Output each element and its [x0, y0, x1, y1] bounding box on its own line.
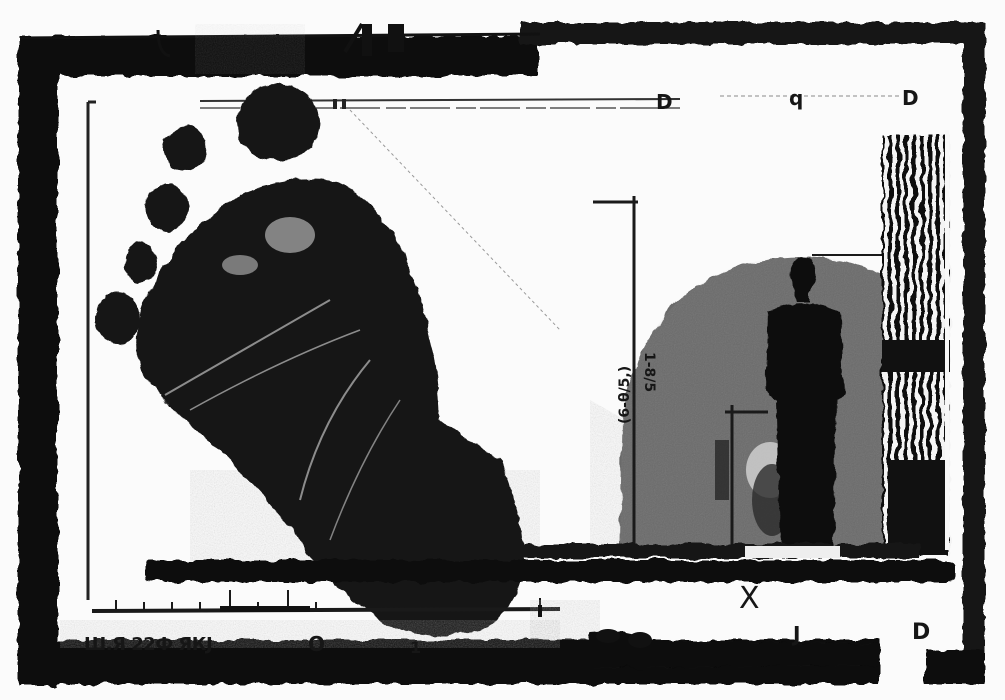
footprint	[96, 84, 525, 636]
top-mark-d1: D	[656, 92, 673, 112]
x-axis-label: X	[739, 584, 760, 614]
bottom-one-label: 1	[410, 640, 421, 656]
bottom-j-label: J	[793, 624, 800, 644]
bottom-zero-label: O	[308, 634, 325, 654]
corner-d-label: D	[912, 622, 930, 644]
vertical-label-right: 1-8/5	[642, 352, 656, 392]
collage-artwork	[0, 0, 1005, 700]
vertical-label-left: (6-θ/5,)	[618, 366, 632, 424]
striped-scale	[882, 130, 950, 555]
bottom-code-label: Ш.Я 22Ф ЯКJ	[84, 636, 212, 654]
top-mark-d2: D	[902, 88, 919, 108]
top-mark-q: q	[789, 88, 803, 108]
